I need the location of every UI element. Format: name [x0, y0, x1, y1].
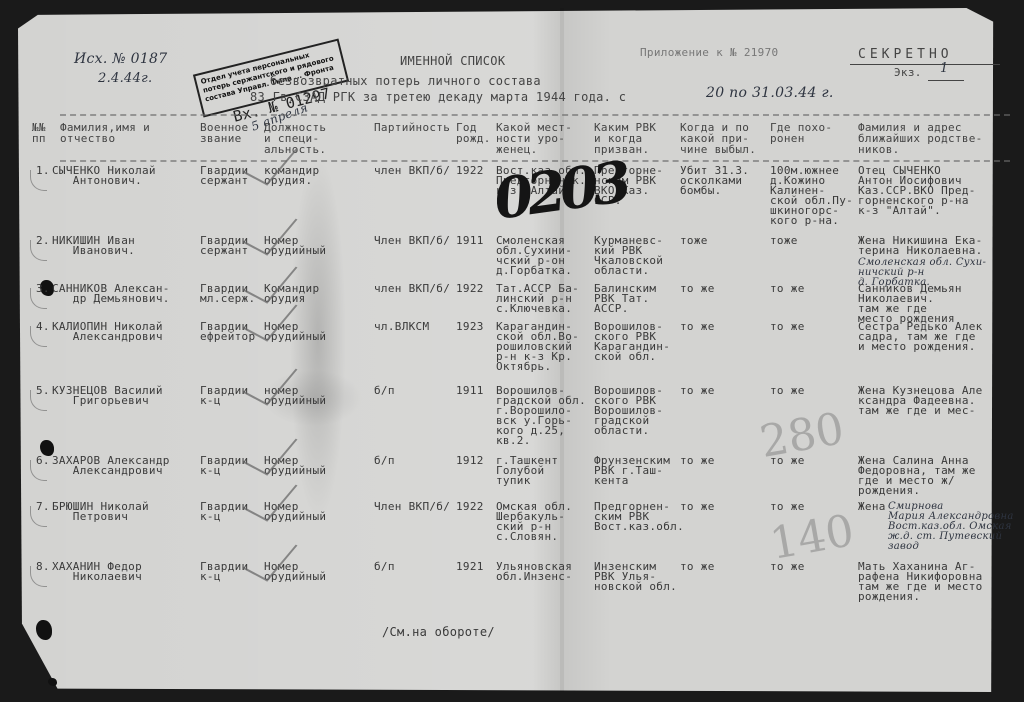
cell-year: 1922: [456, 166, 484, 176]
handwritten-date: 2.4.44г.: [98, 74, 152, 84]
cell-rvk: Инзенским РВК Улья- новской обл.: [594, 562, 677, 592]
cell-birthplace: Тат.АССР Ба- линский р-н с.Ключевка.: [496, 284, 579, 314]
cell-rvk: Балинским РВК Тат. АССР.: [594, 284, 656, 314]
column-header: Партийность: [374, 122, 450, 133]
cell-party: б/п: [374, 456, 395, 466]
cell-relatives: Жена Салина Анна Федоровна, там же где и…: [858, 456, 976, 496]
cell-relatives: Жена: [858, 502, 886, 512]
cell-rvk: Предгорнен- ским РВК Вост.каз.обл.: [594, 502, 684, 532]
cell-party: член ВКП/б/: [374, 284, 450, 294]
cell-cause: тоже: [680, 236, 708, 246]
cell-year: 1923: [456, 322, 484, 332]
cell-relatives: Сестра Редько Алек садра, там же где и м…: [858, 322, 983, 352]
cell-cause: то же: [680, 562, 715, 572]
cell-buried: 100м.южнее д.Кожино Калинен- ской обл.Пу…: [770, 166, 853, 226]
cell-cause: то же: [680, 284, 715, 294]
cell-relatives: Жена Никишина Ека- терина Николаевна.: [858, 236, 983, 256]
cell-cause: то же: [680, 456, 715, 466]
cell-party: Член ВКП/б/: [374, 236, 450, 246]
footer-note: /См.на обороте/: [382, 627, 495, 637]
cell-buried: то же: [770, 284, 805, 294]
cell-cause: Убит 31.3. осколками бомбы.: [680, 166, 749, 196]
secret-label: СЕКРЕТНО: [858, 50, 953, 60]
appendix-label: Приложение к № 21970: [640, 48, 778, 58]
subtitle-line-1: безвозвратных потерь личного состава: [270, 76, 541, 86]
cell-rvk: Фрунзенским РВК г.Таш- кента: [594, 456, 670, 486]
cell-year: 1921: [456, 562, 484, 572]
cell-year: 1922: [456, 502, 484, 512]
cell-cause: то же: [680, 502, 715, 512]
cell-relatives: Отец СЫЧЕНКО Антон Иосифович Каз.ССР.ВКО…: [858, 166, 976, 216]
cell-buried: то же: [770, 386, 805, 396]
cell-rvk: Ворошилов- ского РВК Ворошилов- градской…: [594, 386, 663, 436]
cell-name: ЗАХАРОВ Александр Александрович: [52, 456, 170, 476]
cell-birthplace: Омская обл. Шербакуль- ский р-н с.Словян…: [496, 502, 572, 542]
cell-party: б/п: [374, 562, 395, 572]
cell-rank: Гвардии к-ц: [200, 562, 248, 582]
page-title: ИМЕННОЙ СПИСОК: [400, 56, 505, 66]
cell-relatives-handwritten: Смирнова Мария Александровна Вост.каз.об…: [888, 502, 1014, 552]
copy-label: Экз.: [894, 68, 922, 78]
cell-rank: Гвардии сержант: [200, 236, 248, 256]
cell-buried: тоже: [770, 236, 798, 246]
cell-name: КУЗНЕЦОВ Василий Григорьевич: [52, 386, 163, 406]
copy-number: 1: [940, 64, 949, 74]
cell-name: ХАХАНИН Федор Николаевич: [52, 562, 142, 582]
header-rule-top: [60, 114, 1010, 116]
column-header: Какой мест- ности уро- женец.: [496, 122, 572, 155]
cell-birthplace: Ульяновская обл.Инзенс-: [496, 562, 572, 582]
cell-party: член ВКП/б/: [374, 166, 450, 176]
cell-relatives: Санников Демьян Николаевич. там же где м…: [858, 284, 962, 324]
cell-cause: то же: [680, 322, 715, 332]
punch-hole: [36, 620, 52, 640]
column-header: Год рожд.: [456, 122, 491, 144]
cell-rank: Гвардии к-ц: [200, 502, 248, 522]
column-header: Военное звание: [200, 122, 248, 144]
column-header: Где похо- ронен: [770, 122, 832, 144]
column-header: Когда и по какой при- чине выбыл.: [680, 122, 756, 155]
punch-hole: [48, 678, 57, 686]
cell-rank: Гвардии сержант: [200, 166, 248, 186]
cell-rank: Гвардии к-ц: [200, 386, 248, 406]
cell-rvk: Курманевс- кий РВК Чкаловской области.: [594, 236, 663, 276]
cell-year: 1912: [456, 456, 484, 466]
cell-cause: то же: [680, 386, 715, 396]
cell-name: СЫЧЕНКО Николай Антонович.: [52, 166, 156, 186]
period-handwritten: 20 по 31.03.44 г.: [706, 88, 834, 98]
cell-name: КАЛИОПИН Николай Александрович: [52, 322, 163, 342]
cell-year: 1922: [456, 284, 484, 294]
column-header: №№ пп: [32, 122, 46, 144]
cell-rvk: Ворошилов- ского РВК Карагандин- ской об…: [594, 322, 670, 362]
cell-party: Член ВКП/б/: [374, 502, 450, 512]
cell-name: САННИКОВ Алексан- др Демьянович.: [52, 284, 170, 304]
column-header: Фамилия и адрес ближайших родстве- ников…: [858, 122, 983, 155]
cell-name: БРЮШИН Николай Петрович: [52, 502, 149, 522]
column-header: Фамилия,имя и отчество: [60, 122, 150, 144]
cell-birthplace: Смоленская обл.Сухини- чский р-он д.Горб…: [496, 236, 572, 276]
cell-buried: то же: [770, 322, 805, 332]
cell-year: 1911: [456, 236, 484, 246]
cell-birthplace: Ворошилов- градской обл. г.Ворошило- вск…: [496, 386, 586, 446]
cell-party: чл.ВЛКСМ: [374, 322, 429, 332]
cell-relatives: Жена Кузнецова Але ксандра Фадеевна. там…: [858, 386, 983, 416]
cell-relatives: Мать Хаханина Аг- рафена Никифоровна там…: [858, 562, 983, 602]
cell-party: б/п: [374, 386, 395, 396]
cell-buried: то же: [770, 502, 805, 512]
cell-rank: Гвардии к-ц: [200, 456, 248, 476]
subtitle-line-2: 83 Гв.СЗАД РГК за третею декаду марта 19…: [250, 92, 626, 102]
handwritten-ref: Исх. № 0187: [74, 54, 167, 64]
cell-birthplace: г.Ташкент Голубой тупик: [496, 456, 558, 486]
column-header: Каким РВК и когда призван.: [594, 122, 656, 155]
cell-birthplace: Карагандин- ской обл.Во- рошиловский р-н…: [496, 322, 579, 372]
cell-name: НИКИШИН Иван Иванович.: [52, 236, 135, 256]
cell-year: 1911: [456, 386, 484, 396]
